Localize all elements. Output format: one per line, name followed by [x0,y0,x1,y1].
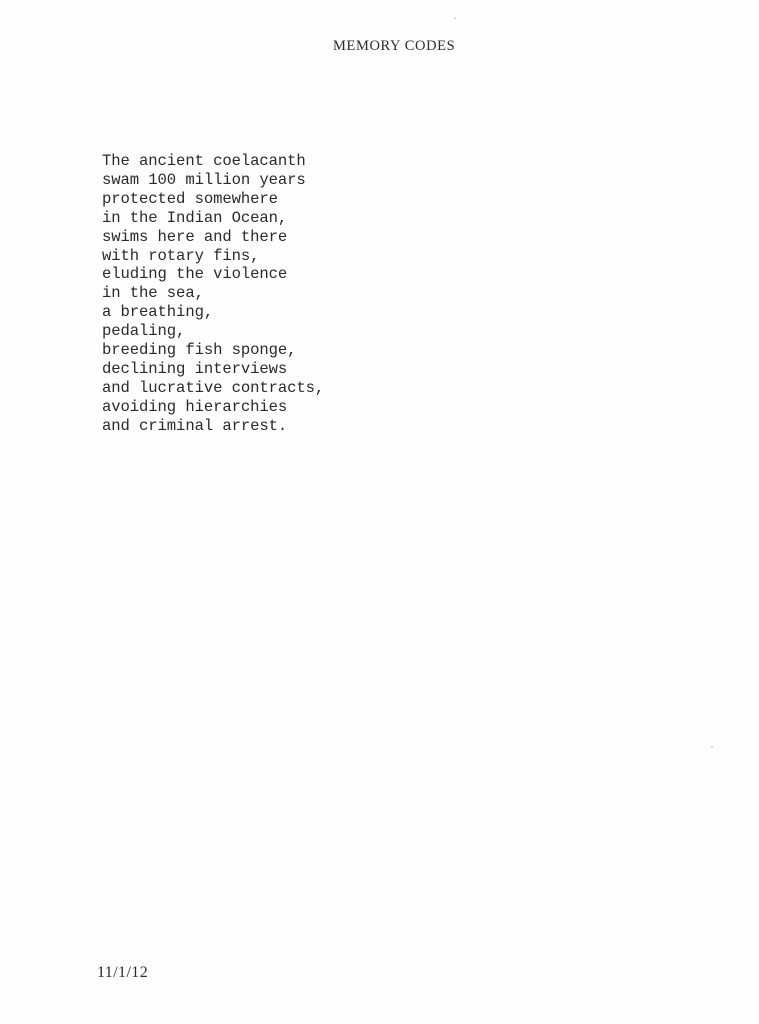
poem-line: protected somewhere [102,190,324,209]
poem-line: and lucrative contracts, [102,379,324,398]
poem-line: with rotary fins, [102,247,324,266]
page-date: 11/1/12 [97,964,148,982]
poem-line: in the sea, [102,284,324,303]
typed-page: MEMORY CODES The ancient coelacanth swam… [0,0,759,1024]
paper-speck [711,746,713,748]
poem-line: avoiding hierarchies [102,398,324,417]
poem-line: in the Indian Ocean, [102,209,324,228]
poem-line: a breathing, [102,303,324,322]
page-title: MEMORY CODES [333,38,455,55]
poem-line: breeding fish sponge, [102,341,324,360]
poem-line: declining interviews [102,360,324,379]
poem-line: and criminal arrest. [102,417,324,436]
poem-line: swims here and there [102,228,324,247]
poem-line: swam 100 million years [102,171,324,190]
paper-speck [454,17,456,19]
poem-body: The ancient coelacanth swam 100 million … [102,152,324,436]
poem-line: The ancient coelacanth [102,152,324,171]
poem-line: pedaling, [102,322,324,341]
poem-line: eluding the violence [102,265,324,284]
